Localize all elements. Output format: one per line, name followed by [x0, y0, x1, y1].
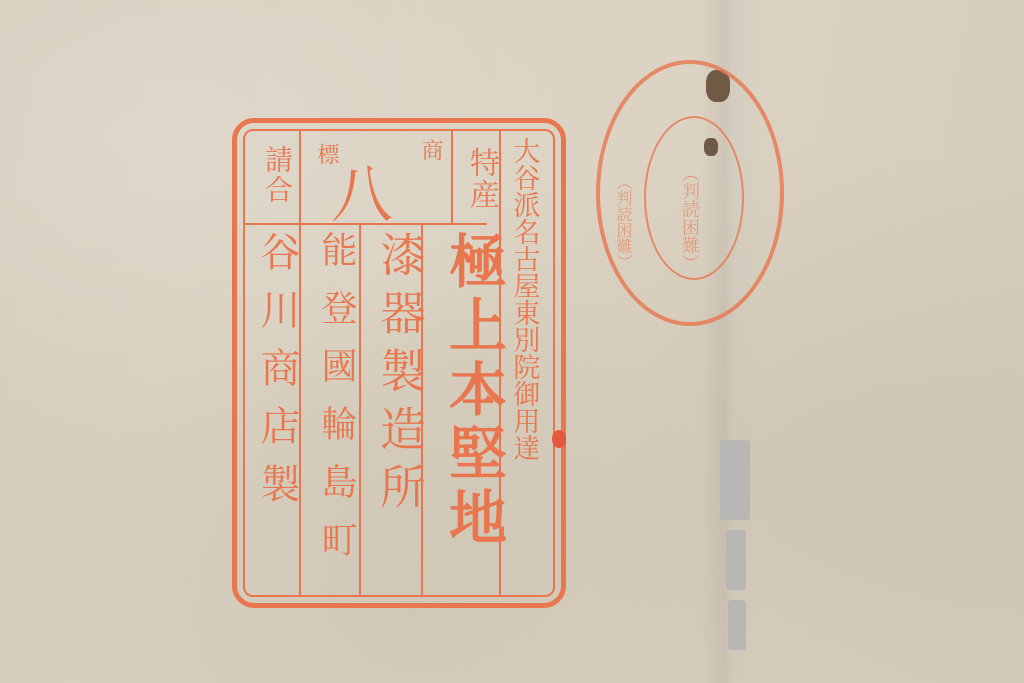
paper-tear: [720, 440, 750, 520]
main-column-text: 極上本堅地: [431, 231, 515, 551]
label-inner-border: 請合 標 商 八 特産 大谷派名古屋東別院御用達 極上本堅地 漆器製造所 能登國…: [243, 129, 555, 597]
paper-tear: [726, 530, 746, 590]
ink-blot: [552, 430, 566, 448]
column-divider: [451, 131, 453, 223]
third-column-text: 能登國輪島町: [311, 231, 362, 579]
header-sho: 商: [415, 139, 446, 163]
second-column-text: 漆器製造所: [367, 231, 433, 521]
trademark-hachi: 八: [331, 145, 393, 234]
paper-tear: [728, 600, 746, 650]
header-ukeai: 請合: [257, 145, 297, 205]
left-column-text: 谷川商店製: [249, 231, 306, 521]
header-tokusan: 特産: [459, 147, 503, 211]
oval-stamp: （判読困難） （判読困難）: [596, 60, 784, 326]
oval-center-text: （判読困難）: [676, 164, 702, 272]
stamp-label: 請合 標 商 八 特産 大谷派名古屋東別院御用達 極上本堅地 漆器製造所 能登國…: [232, 118, 566, 608]
oval-outer-text: （判読困難）: [612, 174, 635, 270]
